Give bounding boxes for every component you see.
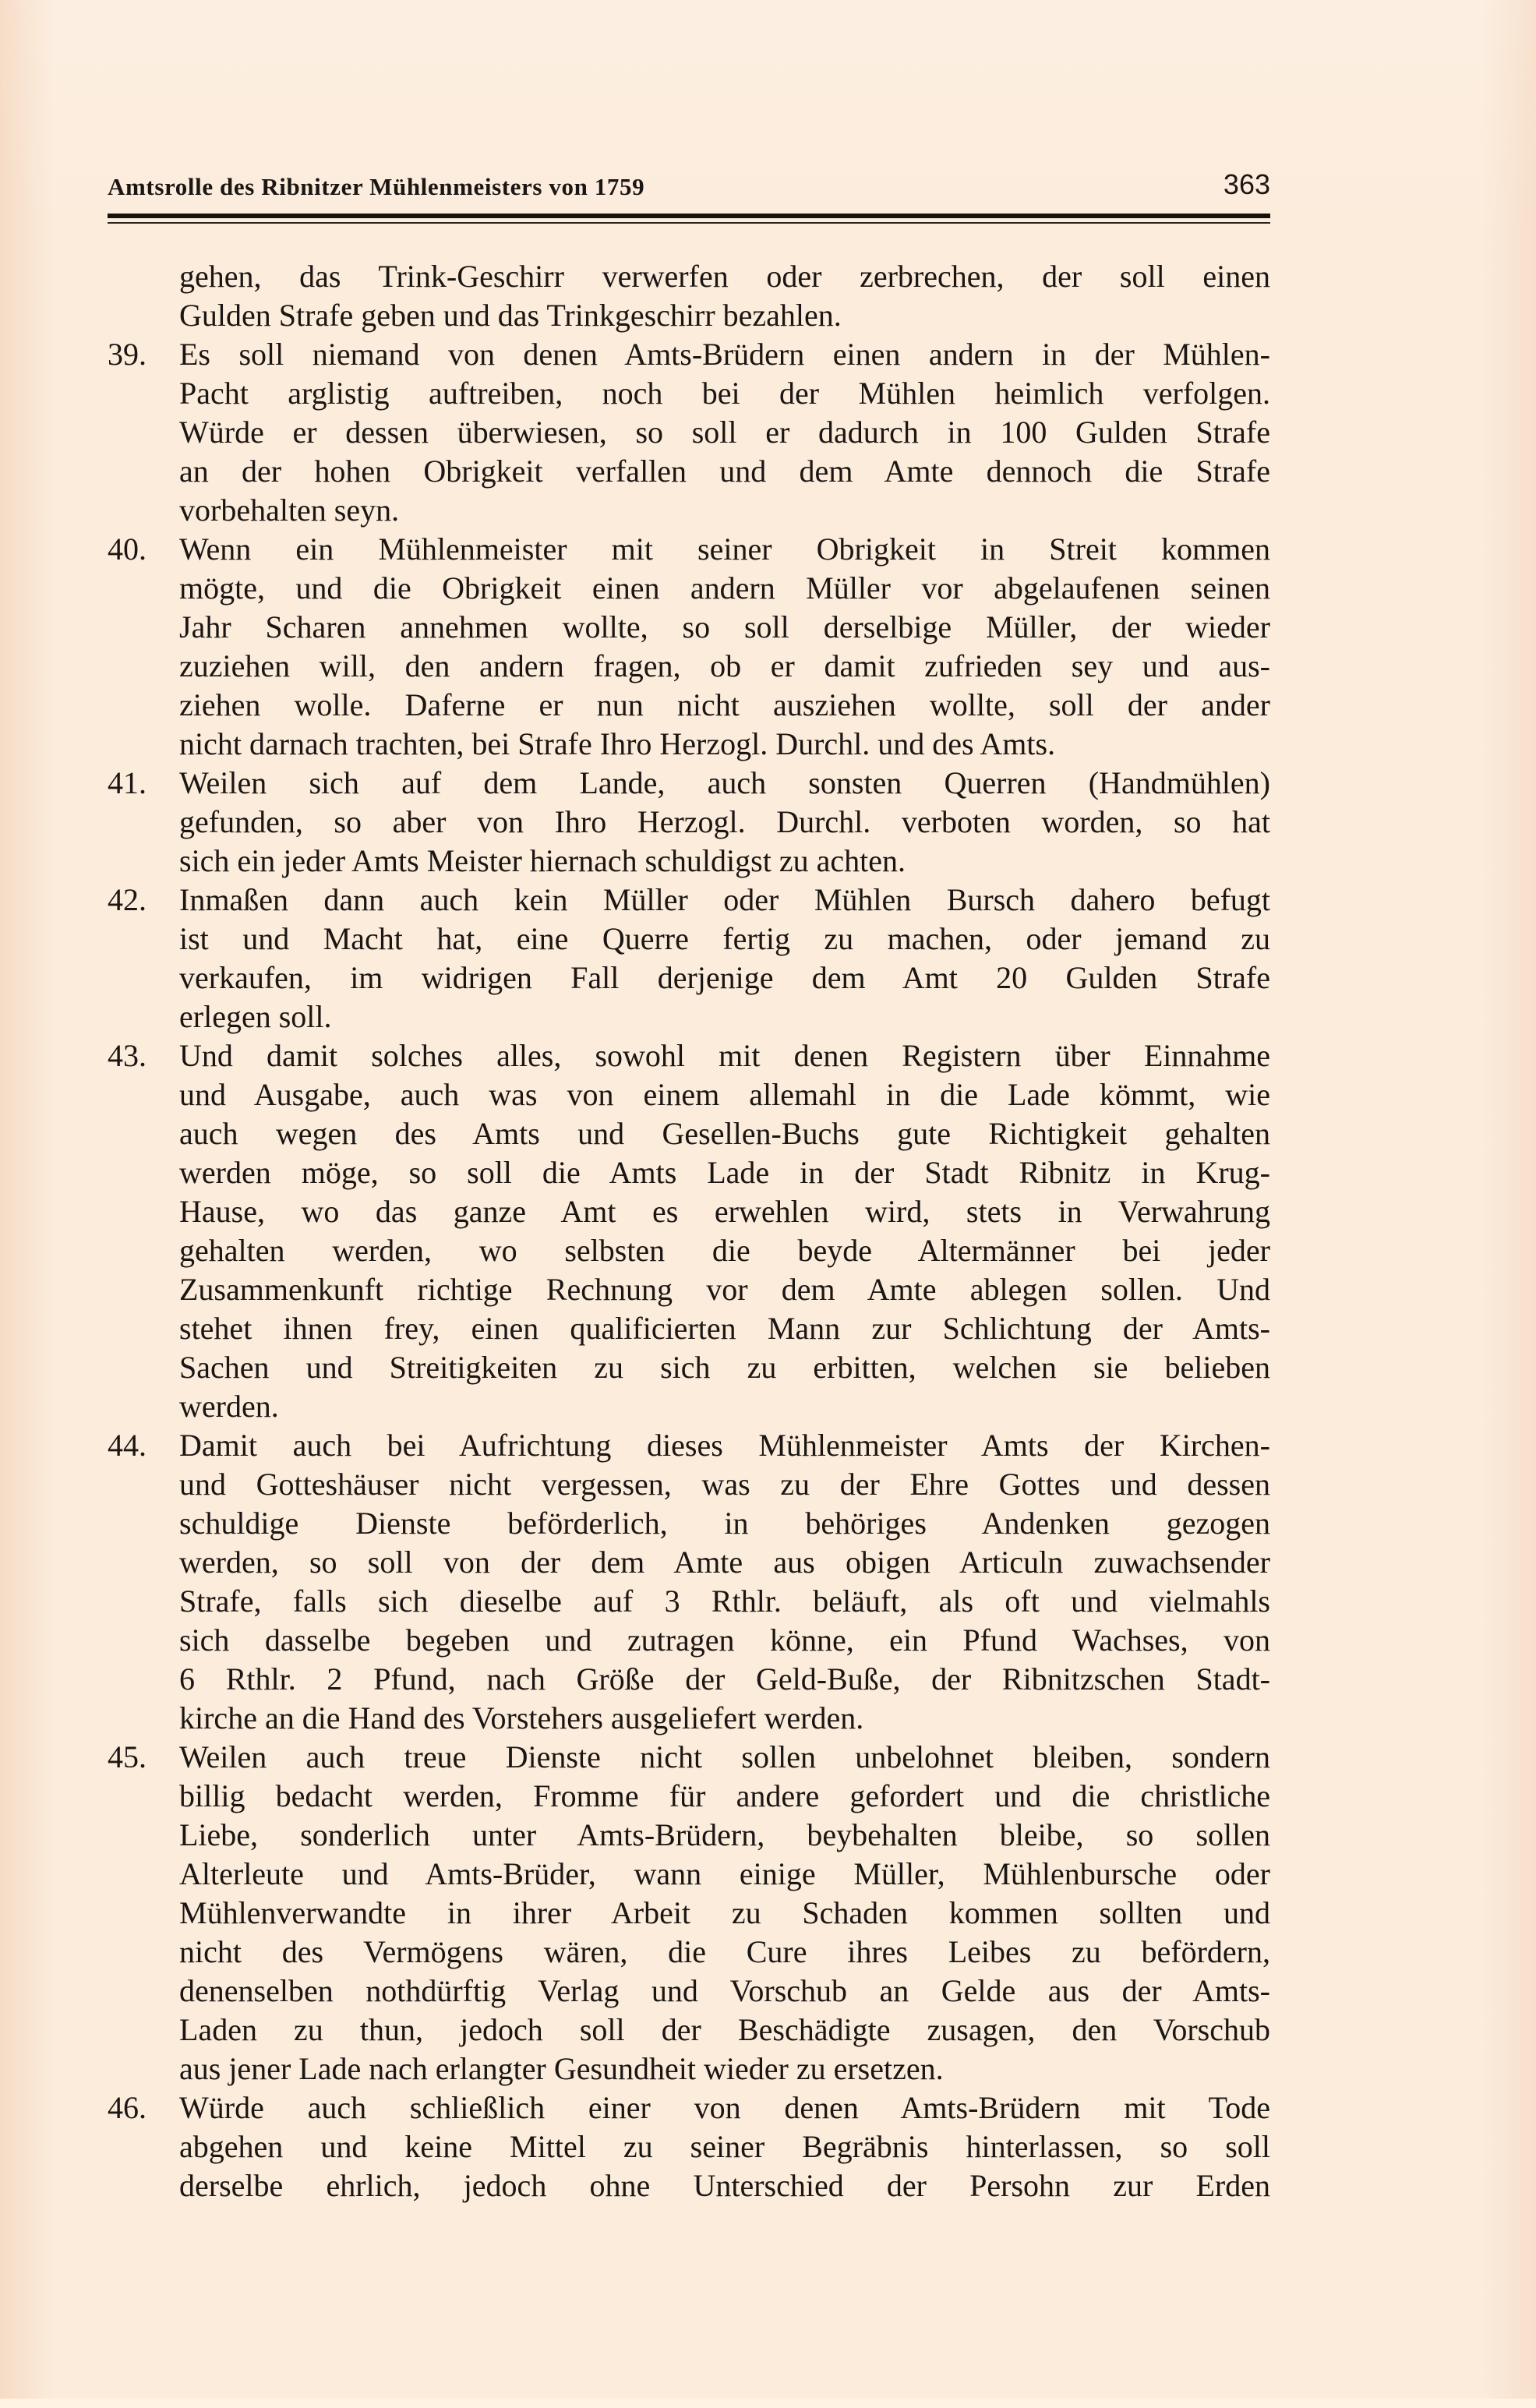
text-line: sich dasselbe begeben und zutragen könne… bbox=[108, 1621, 1270, 1660]
text-line: ziehen wolle. Daferne er nun nicht auszi… bbox=[108, 686, 1270, 725]
article-43: 43.Und damit solches alles, sowohl mit d… bbox=[108, 1036, 1270, 1426]
text-line: stehet ihnen frey, einen qualificierten … bbox=[108, 1309, 1270, 1348]
line-text: Würde auch schließlich einer von denen A… bbox=[179, 2088, 1270, 2127]
text-line: 40.Wenn ein Mühlenmeister mit seiner Obr… bbox=[108, 530, 1270, 569]
line-text: Mühlenverwandte in ihrer Arbeit zu Schad… bbox=[179, 1894, 1270, 1933]
text-line: sich ein jeder Amts Meister hiernach sch… bbox=[108, 842, 1270, 881]
text-line: Sachen und Streitigkeiten zu sich zu erb… bbox=[108, 1348, 1270, 1387]
text-line: Laden zu thun, jedoch soll der Beschädig… bbox=[108, 2011, 1270, 2050]
line-text: Es soll niemand von denen Amts-Brüdern e… bbox=[179, 335, 1270, 374]
text-line: erlegen soll. bbox=[108, 997, 1270, 1036]
page-header: Amtsrolle des Ribnitzer Mühlenmeisters v… bbox=[108, 173, 1270, 204]
text-line: auch wegen des Amts und Gesellen-Buchs g… bbox=[108, 1114, 1270, 1153]
line-text: billig bedacht werden, Fromme für andere… bbox=[179, 1777, 1270, 1816]
line-text: nicht des Vermögens wären, die Cure ihre… bbox=[179, 1933, 1270, 1972]
text-line: 41.Weilen sich auf dem Lande, auch sonst… bbox=[108, 764, 1270, 803]
line-text: Pacht arglistig auftreiben, noch bei der… bbox=[179, 374, 1270, 413]
text-line: werden möge, so soll die Amts Lade in de… bbox=[108, 1153, 1270, 1192]
article-39: 39.Es soll niemand von denen Amts-Brüder… bbox=[108, 335, 1270, 530]
article-number: 46. bbox=[108, 2088, 178, 2127]
line-text: denenselben nothdürftig Verlag und Vorsc… bbox=[179, 1972, 1270, 2011]
text-line: abgehen und keine Mittel zu seiner Begrä… bbox=[108, 2127, 1270, 2166]
line-text: 6 Rthlr. 2 Pfund, nach Größe der Geld-Bu… bbox=[179, 1660, 1270, 1699]
line-text: sich ein jeder Amts Meister hiernach sch… bbox=[179, 842, 1270, 881]
line-text: gehalten werden, wo selbsten die beyde A… bbox=[179, 1231, 1270, 1270]
text-line: und Ausgabe, auch was von einem allemahl… bbox=[108, 1075, 1270, 1114]
line-text: Strafe, falls sich dieselbe auf 3 Rthlr.… bbox=[179, 1582, 1270, 1621]
line-text: sich dasselbe begeben und zutragen könne… bbox=[179, 1621, 1270, 1660]
text-line: vorbehalten seyn. bbox=[108, 491, 1270, 530]
article-number: 44. bbox=[108, 1426, 178, 1465]
text-line: Pacht arglistig auftreiben, noch bei der… bbox=[108, 374, 1270, 413]
line-text: werden möge, so soll die Amts Lade in de… bbox=[179, 1153, 1270, 1192]
text-line: kirche an die Hand des Vorstehers ausgel… bbox=[108, 1699, 1270, 1738]
text-line: Liebe, sonderlich unter Amts-Brüdern, be… bbox=[108, 1816, 1270, 1855]
text-line: Mühlenverwandte in ihrer Arbeit zu Schad… bbox=[108, 1894, 1270, 1933]
article-46: 46.Würde auch schließlich einer von dene… bbox=[108, 2088, 1270, 2205]
article-number: 40. bbox=[108, 530, 178, 569]
article-continuation: gehen, das Trink-Geschirr verwerfen oder… bbox=[108, 257, 1270, 335]
line-text: erlegen soll. bbox=[179, 997, 1270, 1036]
text-line: 6 Rthlr. 2 Pfund, nach Größe der Geld-Bu… bbox=[108, 1660, 1270, 1699]
text-line: nicht darnach trachten, bei Strafe Ihro … bbox=[108, 725, 1270, 764]
line-text: Wenn ein Mühlenmeister mit seiner Obrigk… bbox=[179, 530, 1270, 569]
running-title: Amtsrolle des Ribnitzer Mühlenmeisters v… bbox=[108, 173, 644, 201]
text-line: 43.Und damit solches alles, sowohl mit d… bbox=[108, 1036, 1270, 1075]
article-41: 41.Weilen sich auf dem Lande, auch sonst… bbox=[108, 764, 1270, 881]
text-line: mögte, und die Obrigkeit einen andern Mü… bbox=[108, 569, 1270, 608]
line-text: zuziehen will, den andern fragen, ob er … bbox=[179, 647, 1270, 686]
line-text: Laden zu thun, jedoch soll der Beschädig… bbox=[179, 2011, 1270, 2050]
text-line: Strafe, falls sich dieselbe auf 3 Rthlr.… bbox=[108, 1582, 1270, 1621]
header-rule-thin bbox=[108, 222, 1270, 224]
line-text: verkaufen, im widrigen Fall derjenige de… bbox=[179, 959, 1270, 997]
line-text: vorbehalten seyn. bbox=[179, 491, 1270, 530]
article-number: 41. bbox=[108, 764, 178, 803]
line-text: Weilen sich auf dem Lande, auch sonsten … bbox=[179, 764, 1270, 803]
text-line: werden, so soll von der dem Amte aus obi… bbox=[108, 1543, 1270, 1582]
text-line: 42.Inmaßen dann auch kein Müller oder Mü… bbox=[108, 881, 1270, 920]
line-text: auch wegen des Amts und Gesellen-Buchs g… bbox=[179, 1114, 1270, 1153]
line-text: derselbe ehrlich, jedoch ohne Unterschie… bbox=[179, 2166, 1270, 2205]
text-line: 44.Damit auch bei Aufrichtung dieses Müh… bbox=[108, 1426, 1270, 1465]
body-text: gehen, das Trink-Geschirr verwerfen oder… bbox=[108, 257, 1270, 2205]
article-number: 45. bbox=[108, 1738, 178, 1777]
line-text: gefunden, so aber von Ihro Herzogl. Durc… bbox=[179, 803, 1270, 842]
text-line: gehalten werden, wo selbsten die beyde A… bbox=[108, 1231, 1270, 1270]
article-42: 42.Inmaßen dann auch kein Müller oder Mü… bbox=[108, 881, 1270, 1036]
text-line: ist und Macht hat, eine Querre fertig zu… bbox=[108, 920, 1270, 959]
line-text: Alterleute und Amts-Brüder, wann einige … bbox=[179, 1855, 1270, 1894]
line-text: stehet ihnen frey, einen qualificierten … bbox=[179, 1309, 1270, 1348]
line-text: Weilen auch treue Dienste nicht sollen u… bbox=[179, 1738, 1270, 1777]
text-line: 46.Würde auch schließlich einer von dene… bbox=[108, 2088, 1270, 2127]
line-text: Liebe, sonderlich unter Amts-Brüdern, be… bbox=[179, 1816, 1270, 1855]
line-text: Gulden Strafe geben und das Trinkgeschir… bbox=[179, 296, 1270, 335]
text-line: Zusammenkunft richtige Rechnung vor dem … bbox=[108, 1270, 1270, 1309]
line-text: kirche an die Hand des Vorstehers ausgel… bbox=[179, 1699, 1270, 1738]
article-40: 40.Wenn ein Mühlenmeister mit seiner Obr… bbox=[108, 530, 1270, 764]
text-line: 39.Es soll niemand von denen Amts-Brüder… bbox=[108, 335, 1270, 374]
line-text: Zusammenkunft richtige Rechnung vor dem … bbox=[179, 1270, 1270, 1309]
line-text: Hause, wo das ganze Amt es erwehlen wird… bbox=[179, 1192, 1270, 1231]
scan-bottom-edge bbox=[0, 2399, 1536, 2408]
line-text: Inmaßen dann auch kein Müller oder Mühle… bbox=[179, 881, 1270, 920]
text-line: 45.Weilen auch treue Dienste nicht solle… bbox=[108, 1738, 1270, 1777]
line-text: und Ausgabe, auch was von einem allemahl… bbox=[179, 1075, 1270, 1114]
text-line: Gulden Strafe geben und das Trinkgeschir… bbox=[108, 296, 1270, 335]
text-line: derselbe ehrlich, jedoch ohne Unterschie… bbox=[108, 2166, 1270, 2205]
text-line: an der hohen Obrigkeit verfallen und dem… bbox=[108, 452, 1270, 491]
text-line: gehen, das Trink-Geschirr verwerfen oder… bbox=[108, 257, 1270, 296]
article-44: 44.Damit auch bei Aufrichtung dieses Müh… bbox=[108, 1426, 1270, 1738]
line-text: Und damit solches alles, sowohl mit dene… bbox=[179, 1036, 1270, 1075]
page-number: 363 bbox=[1224, 168, 1270, 201]
article-45: 45.Weilen auch treue Dienste nicht solle… bbox=[108, 1738, 1270, 2088]
article-number: 43. bbox=[108, 1036, 178, 1075]
line-text: gehen, das Trink-Geschirr verwerfen oder… bbox=[179, 257, 1270, 296]
line-text: schuldige Dienste beförderlich, in behör… bbox=[179, 1504, 1270, 1543]
text-line: gefunden, so aber von Ihro Herzogl. Durc… bbox=[108, 803, 1270, 842]
text-line: aus jener Lade nach erlangter Gesundheit… bbox=[108, 2050, 1270, 2088]
text-line: Alterleute und Amts-Brüder, wann einige … bbox=[108, 1855, 1270, 1894]
text-line: Jahr Scharen annehmen wollte, so soll de… bbox=[108, 608, 1270, 647]
header-rule-thick bbox=[108, 214, 1270, 218]
text-line: Hause, wo das ganze Amt es erwehlen wird… bbox=[108, 1192, 1270, 1231]
line-text: ziehen wolle. Daferne er nun nicht auszi… bbox=[179, 686, 1270, 725]
line-text: werden. bbox=[179, 1387, 1270, 1426]
line-text: werden, so soll von der dem Amte aus obi… bbox=[179, 1543, 1270, 1582]
text-line: billig bedacht werden, Fromme für andere… bbox=[108, 1777, 1270, 1816]
text-line: Würde er dessen überwiesen, so soll er d… bbox=[108, 413, 1270, 452]
text-line: nicht des Vermögens wären, die Cure ihre… bbox=[108, 1933, 1270, 1972]
line-text: und Gotteshäuser nicht vergessen, was zu… bbox=[179, 1465, 1270, 1504]
text-line: schuldige Dienste beförderlich, in behör… bbox=[108, 1504, 1270, 1543]
text-line: zuziehen will, den andern fragen, ob er … bbox=[108, 647, 1270, 686]
line-text: aus jener Lade nach erlangter Gesundheit… bbox=[179, 2050, 1270, 2088]
line-text: mögte, und die Obrigkeit einen andern Mü… bbox=[179, 569, 1270, 608]
text-line: verkaufen, im widrigen Fall derjenige de… bbox=[108, 959, 1270, 997]
article-number: 39. bbox=[108, 335, 178, 374]
line-text: Damit auch bei Aufrichtung dieses Mühlen… bbox=[179, 1426, 1270, 1465]
line-text: Sachen und Streitigkeiten zu sich zu erb… bbox=[179, 1348, 1270, 1387]
line-text: ist und Macht hat, eine Querre fertig zu… bbox=[179, 920, 1270, 959]
line-text: abgehen und keine Mittel zu seiner Begrä… bbox=[179, 2127, 1270, 2166]
text-line: werden. bbox=[108, 1387, 1270, 1426]
text-line: und Gotteshäuser nicht vergessen, was zu… bbox=[108, 1465, 1270, 1504]
text-line: denenselben nothdürftig Verlag und Vorsc… bbox=[108, 1972, 1270, 2011]
line-text: nicht darnach trachten, bei Strafe Ihro … bbox=[179, 725, 1270, 764]
article-number: 42. bbox=[108, 881, 178, 920]
line-text: an der hohen Obrigkeit verfallen und dem… bbox=[179, 452, 1270, 491]
line-text: Würde er dessen überwiesen, so soll er d… bbox=[179, 413, 1270, 452]
line-text: Jahr Scharen annehmen wollte, so soll de… bbox=[179, 608, 1270, 647]
